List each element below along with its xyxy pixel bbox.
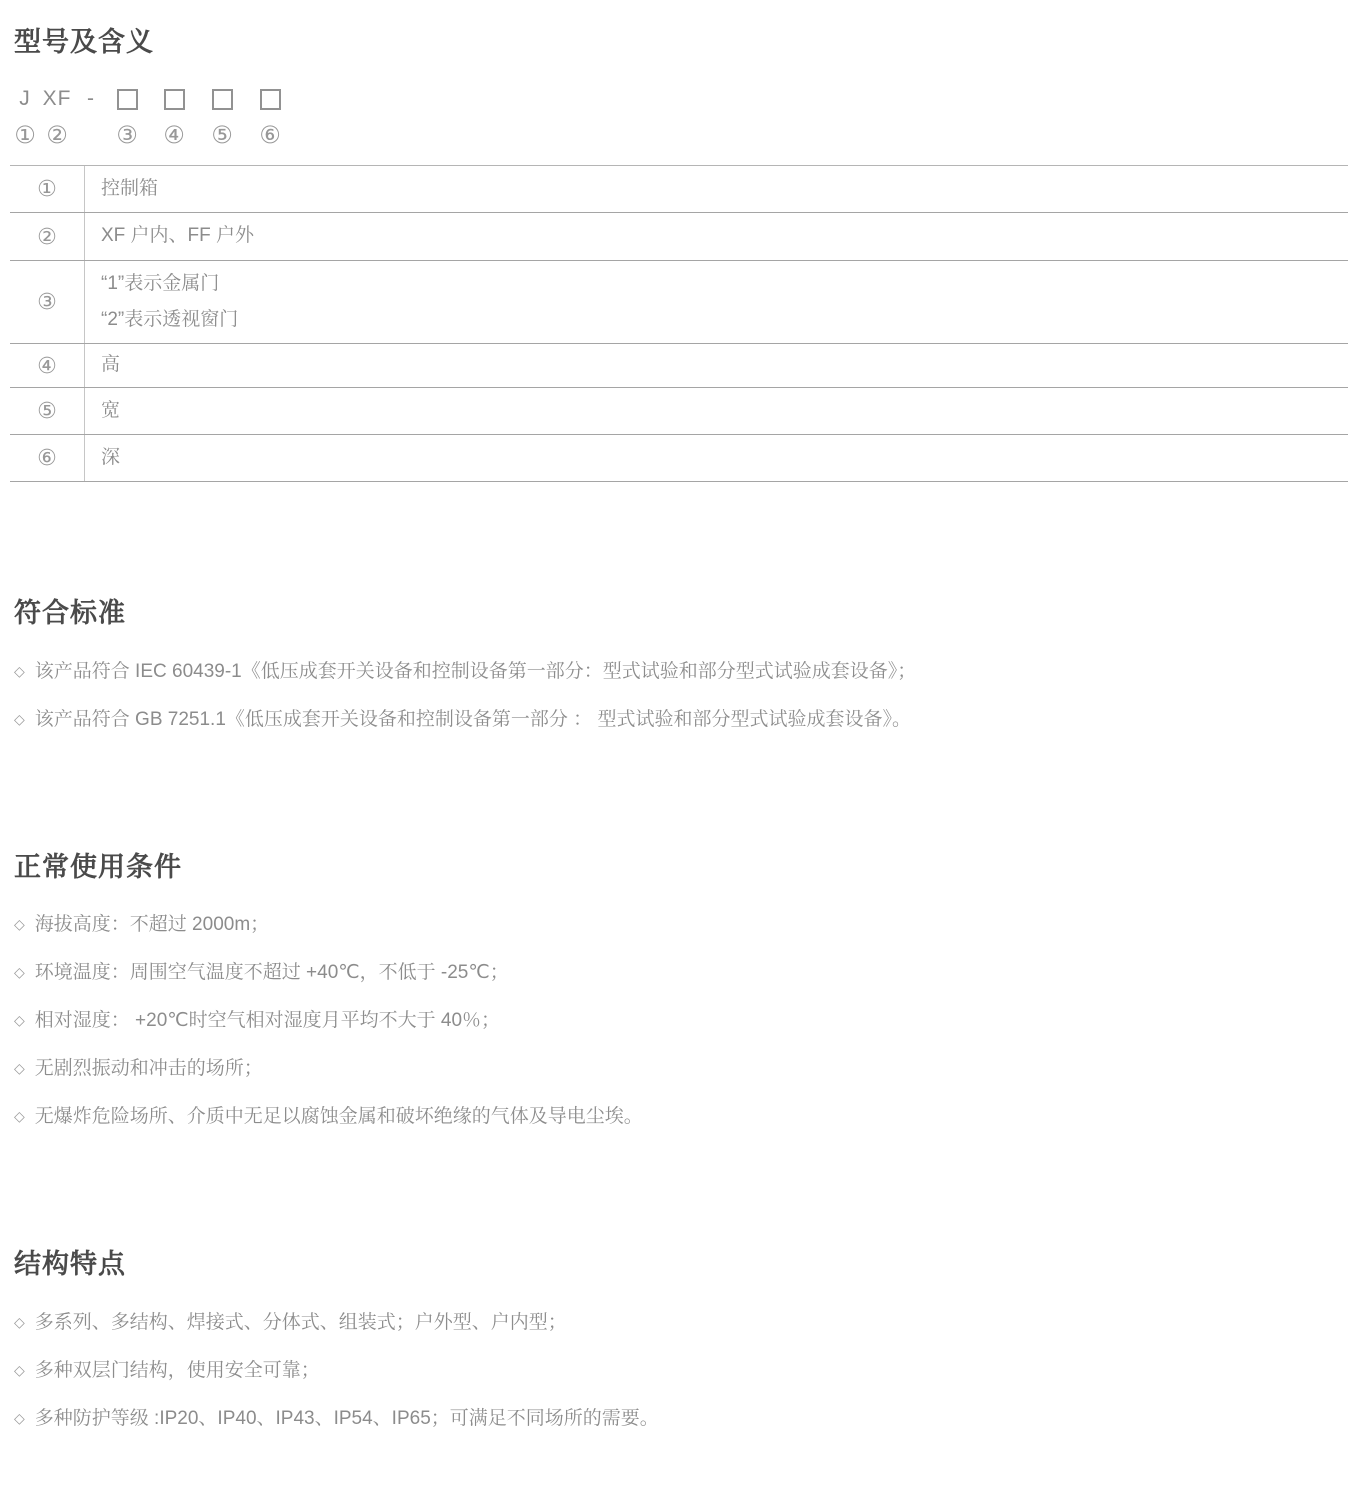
list-item-text: 多种防护等级 :IP20、IP40、IP43、IP54、IP65；可满足不同场所…	[35, 1407, 659, 1430]
list-item: ◇ 多系列、多结构、焊接式、分体式、组装式；户外型、户内型；	[14, 1311, 1340, 1334]
diamond-bullet-icon: ◇	[14, 1105, 25, 1128]
list-item-text: 多种双层门结构，使用安全可靠；	[35, 1359, 320, 1382]
table-row: ④ 高	[10, 344, 1348, 388]
list-item: ◇ 该产品符合 IEC 60439-1《低压成套开关设备和控制设备第一部分：型式…	[14, 660, 1340, 683]
circle-gap	[78, 122, 104, 150]
standards-section-title: 符合标准	[14, 597, 1340, 629]
circle-5: ⑤	[198, 122, 246, 150]
diamond-bullet-icon: ◇	[14, 913, 25, 936]
model-code-prefix-2: XF	[36, 86, 78, 112]
list-item-text: 相对湿度： +20℃时空气相对湿度月平均不大于 40％；	[35, 1009, 500, 1032]
standards-list: ◇ 该产品符合 IEC 60439-1《低压成套开关设备和控制设备第一部分：型式…	[14, 660, 1340, 731]
standards-section: 符合标准 ◇ 该产品符合 IEC 60439-1《低压成套开关设备和控制设备第一…	[14, 597, 1340, 730]
list-item-text: 无剧烈振动和冲击的场所；	[35, 1057, 263, 1080]
conditions-section: 正常使用条件 ◇ 海拔高度：不超过 2000m； ◇ 环境温度：周围空气温度不超…	[14, 851, 1340, 1128]
row-circle: ⑥	[37, 447, 57, 469]
diamond-bullet-icon: ◇	[14, 708, 25, 731]
diamond-bullet-icon: ◇	[14, 1359, 25, 1382]
model-code-dash: -	[78, 86, 104, 112]
list-item: ◇ 该产品符合 GB 7251.1《低压成套开关设备和控制设备第一部分 ： 型式…	[14, 708, 1340, 731]
row-description: 宽	[101, 400, 1348, 423]
document-page: 型号及含义 J XF - ① ② ③ ④ ⑤ ⑥ ① 控制箱	[0, 0, 1354, 1495]
list-item: ◇ 环境温度：周围空气温度不超过 +40℃，不低于 -25℃；	[14, 961, 1340, 984]
row-circle: ③	[37, 291, 57, 313]
list-item-text: 该产品符合 IEC 60439-1《低压成套开关设备和控制设备第一部分：型式试验…	[35, 660, 916, 683]
model-meaning-table: ① 控制箱 ② XF 户内、FF 户外 ③ “1”表示金属门 “2”表示透视窗门	[10, 165, 1348, 482]
row-description: 控制箱	[101, 178, 1348, 201]
circle-4: ④	[150, 122, 198, 150]
table-row: ① 控制箱	[10, 165, 1348, 213]
list-item: ◇ 无爆炸危险场所、介质中无足以腐蚀金属和破坏绝缘的气体及导电尘埃。	[14, 1105, 1340, 1128]
circle-6: ⑥	[246, 122, 294, 150]
list-item-text: 海拔高度：不超过 2000m；	[35, 913, 269, 936]
model-placeholder-box	[150, 86, 198, 112]
row-description: 深	[101, 447, 1348, 470]
features-section-title: 结构特点	[14, 1248, 1340, 1280]
conditions-list: ◇ 海拔高度：不超过 2000m； ◇ 环境温度：周围空气温度不超过 +40℃，…	[14, 913, 1340, 1128]
circle-2: ②	[36, 122, 78, 150]
list-item: ◇ 多种双层门结构，使用安全可靠；	[14, 1359, 1340, 1382]
features-list: ◇ 多系列、多结构、焊接式、分体式、组装式；户外型、户内型； ◇ 多种双层门结构…	[14, 1311, 1340, 1430]
list-item: ◇ 多种防护等级 :IP20、IP40、IP43、IP54、IP65；可满足不同…	[14, 1407, 1340, 1430]
row-description: “2”表示透视窗门	[101, 309, 1348, 332]
model-circle-row: ① ② ③ ④ ⑤ ⑥	[14, 122, 1340, 150]
list-item: ◇ 相对湿度： +20℃时空气相对湿度月平均不大于 40％；	[14, 1009, 1340, 1032]
table-row: ⑤ 宽	[10, 388, 1348, 435]
diamond-bullet-icon: ◇	[14, 1407, 25, 1430]
circle-3: ③	[104, 122, 150, 150]
model-placeholder-box	[198, 86, 246, 112]
diamond-bullet-icon: ◇	[14, 1057, 25, 1080]
conditions-section-title: 正常使用条件	[14, 851, 1340, 883]
model-code-row: J XF -	[14, 86, 1340, 112]
row-circle: ①	[37, 178, 57, 200]
model-section: 型号及含义 J XF - ① ② ③ ④ ⑤ ⑥ ① 控制箱	[14, 26, 1340, 482]
list-item-text: 多系列、多结构、焊接式、分体式、组装式；户外型、户内型；	[35, 1311, 567, 1334]
row-description: “1”表示金属门	[101, 273, 1348, 296]
row-circle: ⑤	[37, 400, 57, 422]
list-item-text: 无爆炸危险场所、介质中无足以腐蚀金属和破坏绝缘的气体及导电尘埃。	[35, 1105, 643, 1128]
list-item-text: 该产品符合 GB 7251.1《低压成套开关设备和控制设备第一部分 ： 型式试验…	[35, 708, 911, 731]
features-section: 结构特点 ◇ 多系列、多结构、焊接式、分体式、组装式；户外型、户内型； ◇ 多种…	[14, 1248, 1340, 1429]
row-circle: ④	[37, 355, 57, 377]
row-description: 高	[101, 354, 1348, 377]
row-circle: ②	[37, 226, 57, 248]
row-description: XF 户内、FF 户外	[101, 225, 1348, 248]
circle-1: ①	[14, 122, 36, 150]
model-code-prefix-1: J	[14, 86, 36, 112]
diamond-bullet-icon: ◇	[14, 1311, 25, 1334]
model-section-title: 型号及含义	[14, 26, 1340, 58]
diamond-bullet-icon: ◇	[14, 1009, 25, 1032]
list-item-text: 环境温度：周围空气温度不超过 +40℃，不低于 -25℃；	[35, 961, 509, 984]
diamond-bullet-icon: ◇	[14, 961, 25, 984]
list-item: ◇ 海拔高度：不超过 2000m；	[14, 913, 1340, 936]
diamond-bullet-icon: ◇	[14, 660, 25, 683]
list-item: ◇ 无剧烈振动和冲击的场所；	[14, 1057, 1340, 1080]
model-placeholder-box	[246, 86, 294, 112]
table-row: ⑥ 深	[10, 435, 1348, 482]
table-row: ② XF 户内、FF 户外	[10, 213, 1348, 261]
model-placeholder-box	[104, 86, 150, 112]
table-row: ③ “1”表示金属门 “2”表示透视窗门	[10, 261, 1348, 344]
